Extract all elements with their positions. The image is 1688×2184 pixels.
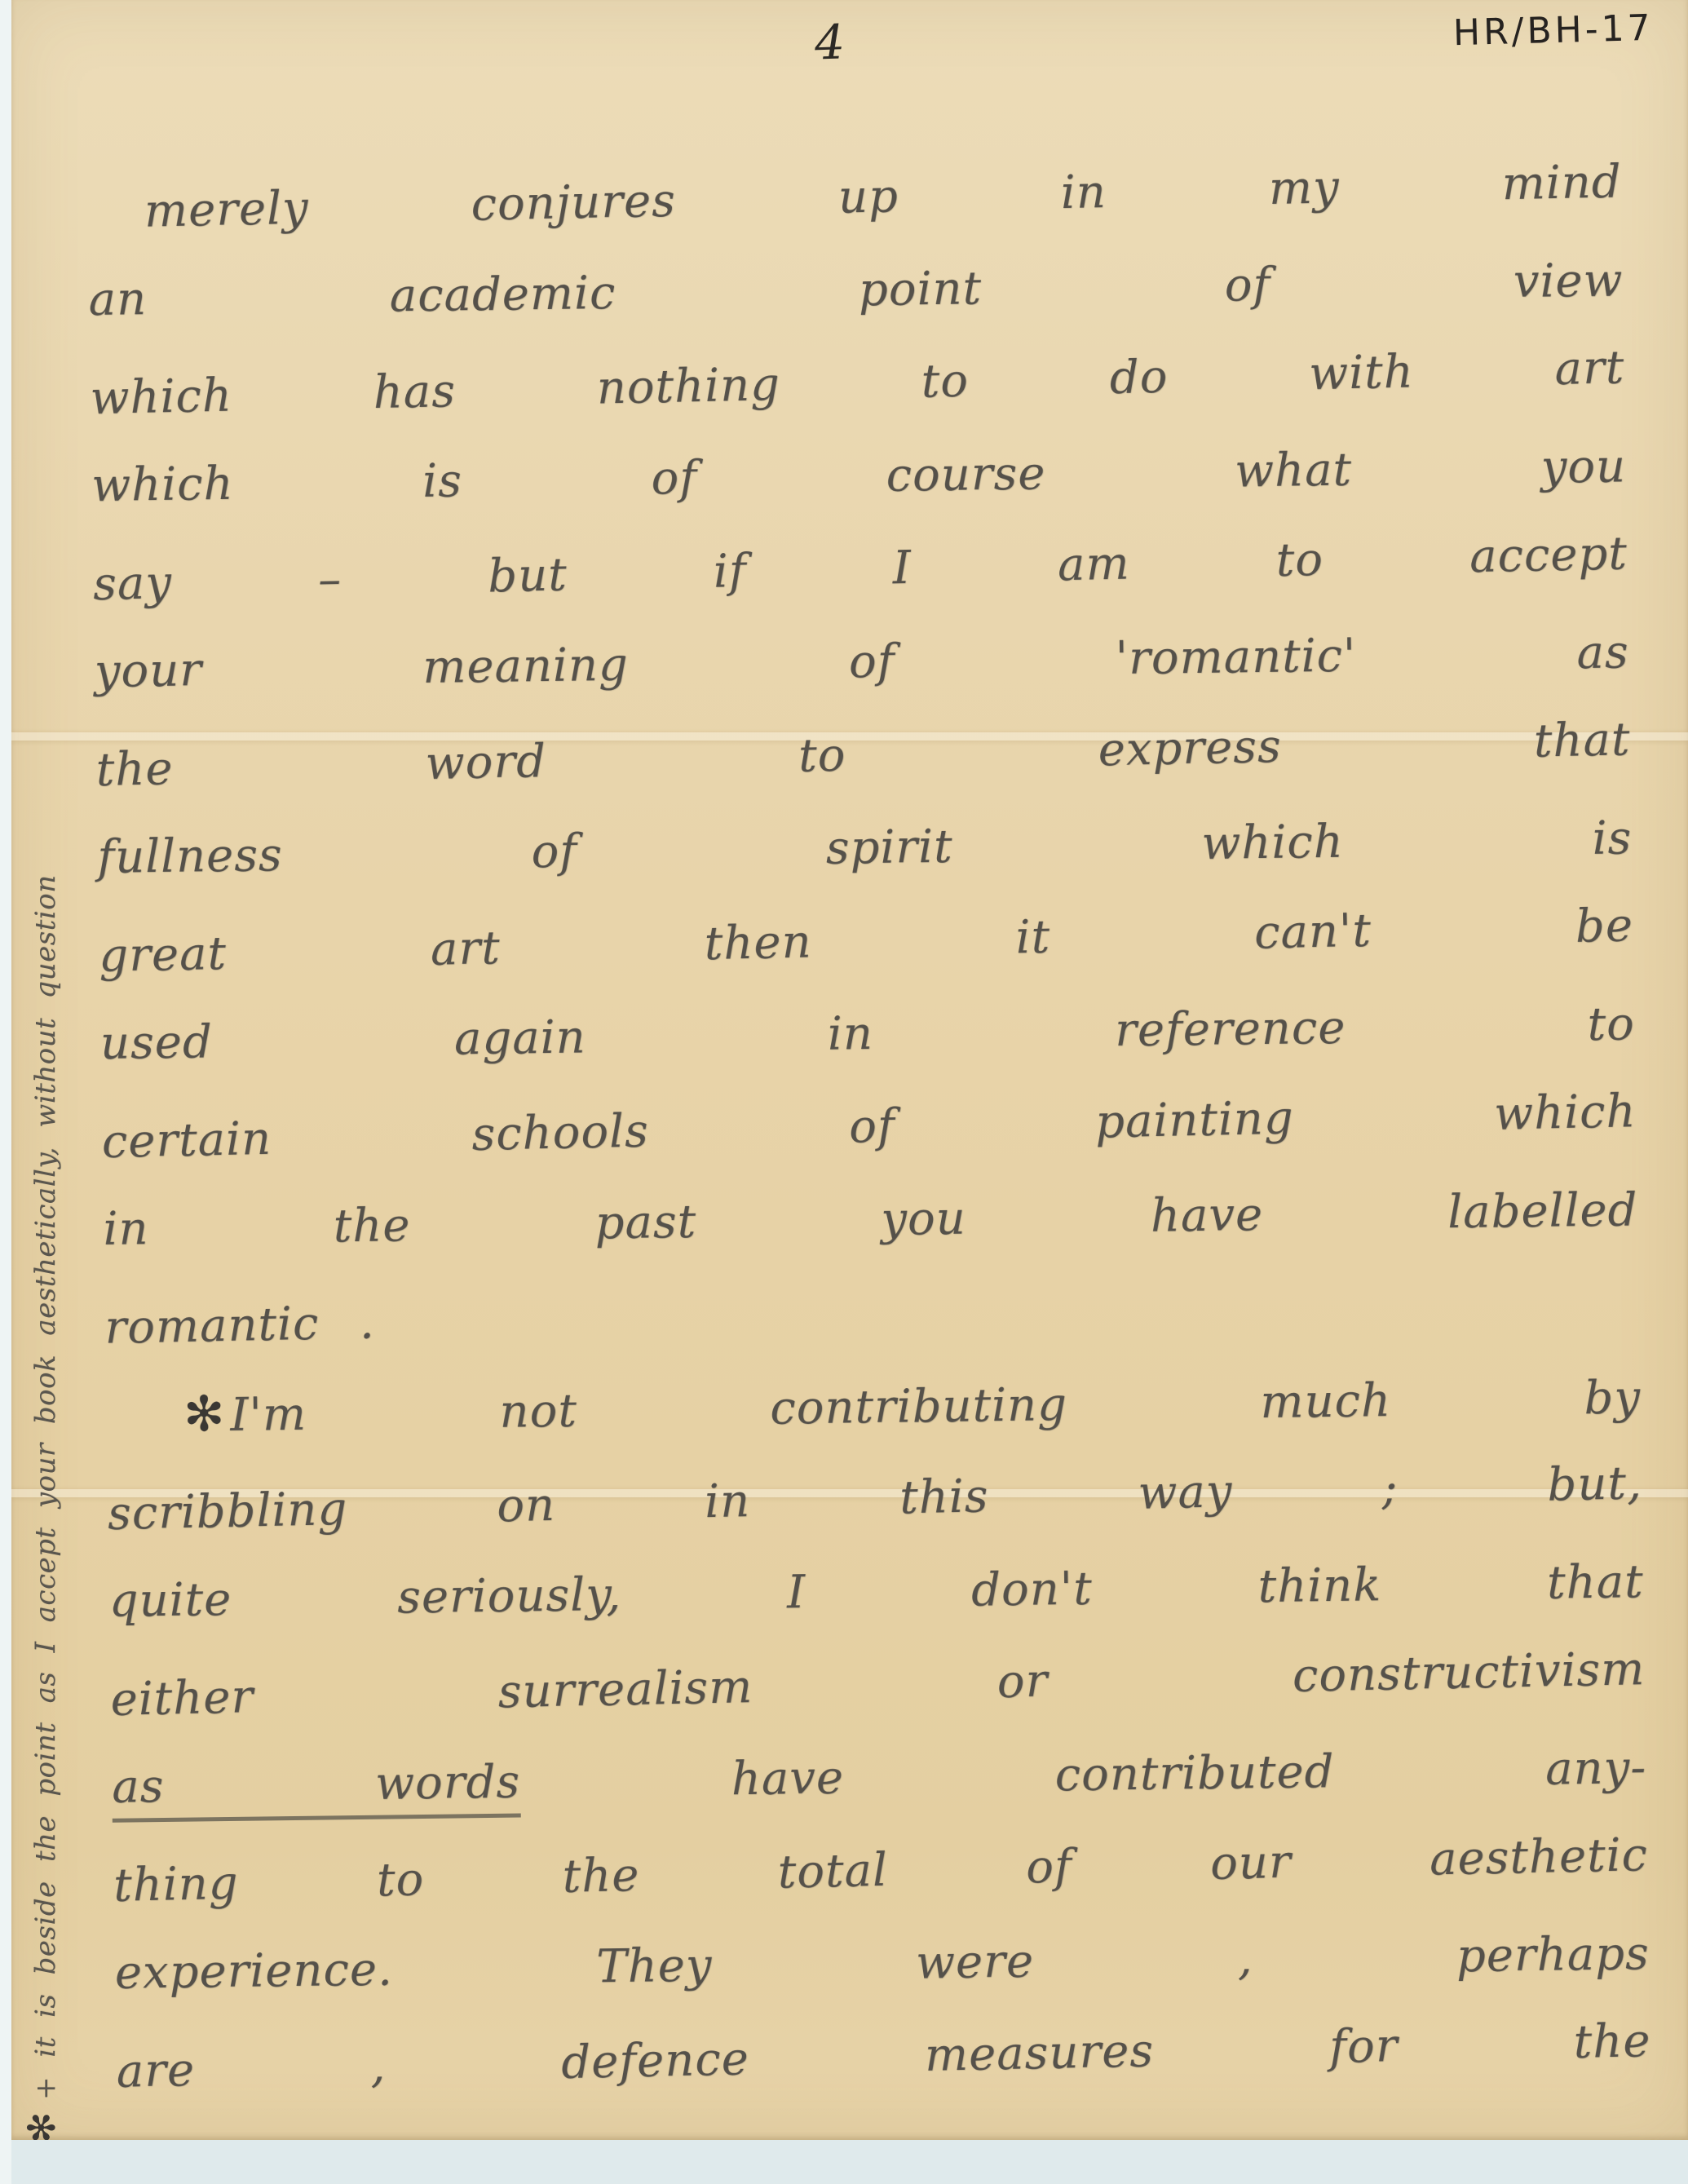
margin-note-text: + it is beside the point as I accept you… <box>29 874 62 2100</box>
margin-note: ✻+ it is beside the point as I accept yo… <box>20 382 64 2140</box>
reference-code: HR/BH-17 <box>1453 7 1655 54</box>
letter-body: merely conjures up in my mind an academi… <box>86 139 1651 2115</box>
asterisk-icon: ✻ <box>183 1386 226 1443</box>
letter-paper: 4 HR/BH-17 merely conjures up in my mind… <box>11 0 1688 2140</box>
underlined-phrase: as words <box>112 1756 521 1823</box>
star-asterisk-icon: ✻ <box>20 2111 64 2140</box>
scanner-edge <box>0 0 11 2184</box>
page-number: 4 <box>814 14 846 70</box>
line-text: have contributed any- <box>731 1741 1646 1806</box>
scanned-letter-page: 4 HR/BH-17 merely conjures up in my mind… <box>0 0 1688 2184</box>
line-text: I'm not contributing much by <box>230 1371 1641 1442</box>
